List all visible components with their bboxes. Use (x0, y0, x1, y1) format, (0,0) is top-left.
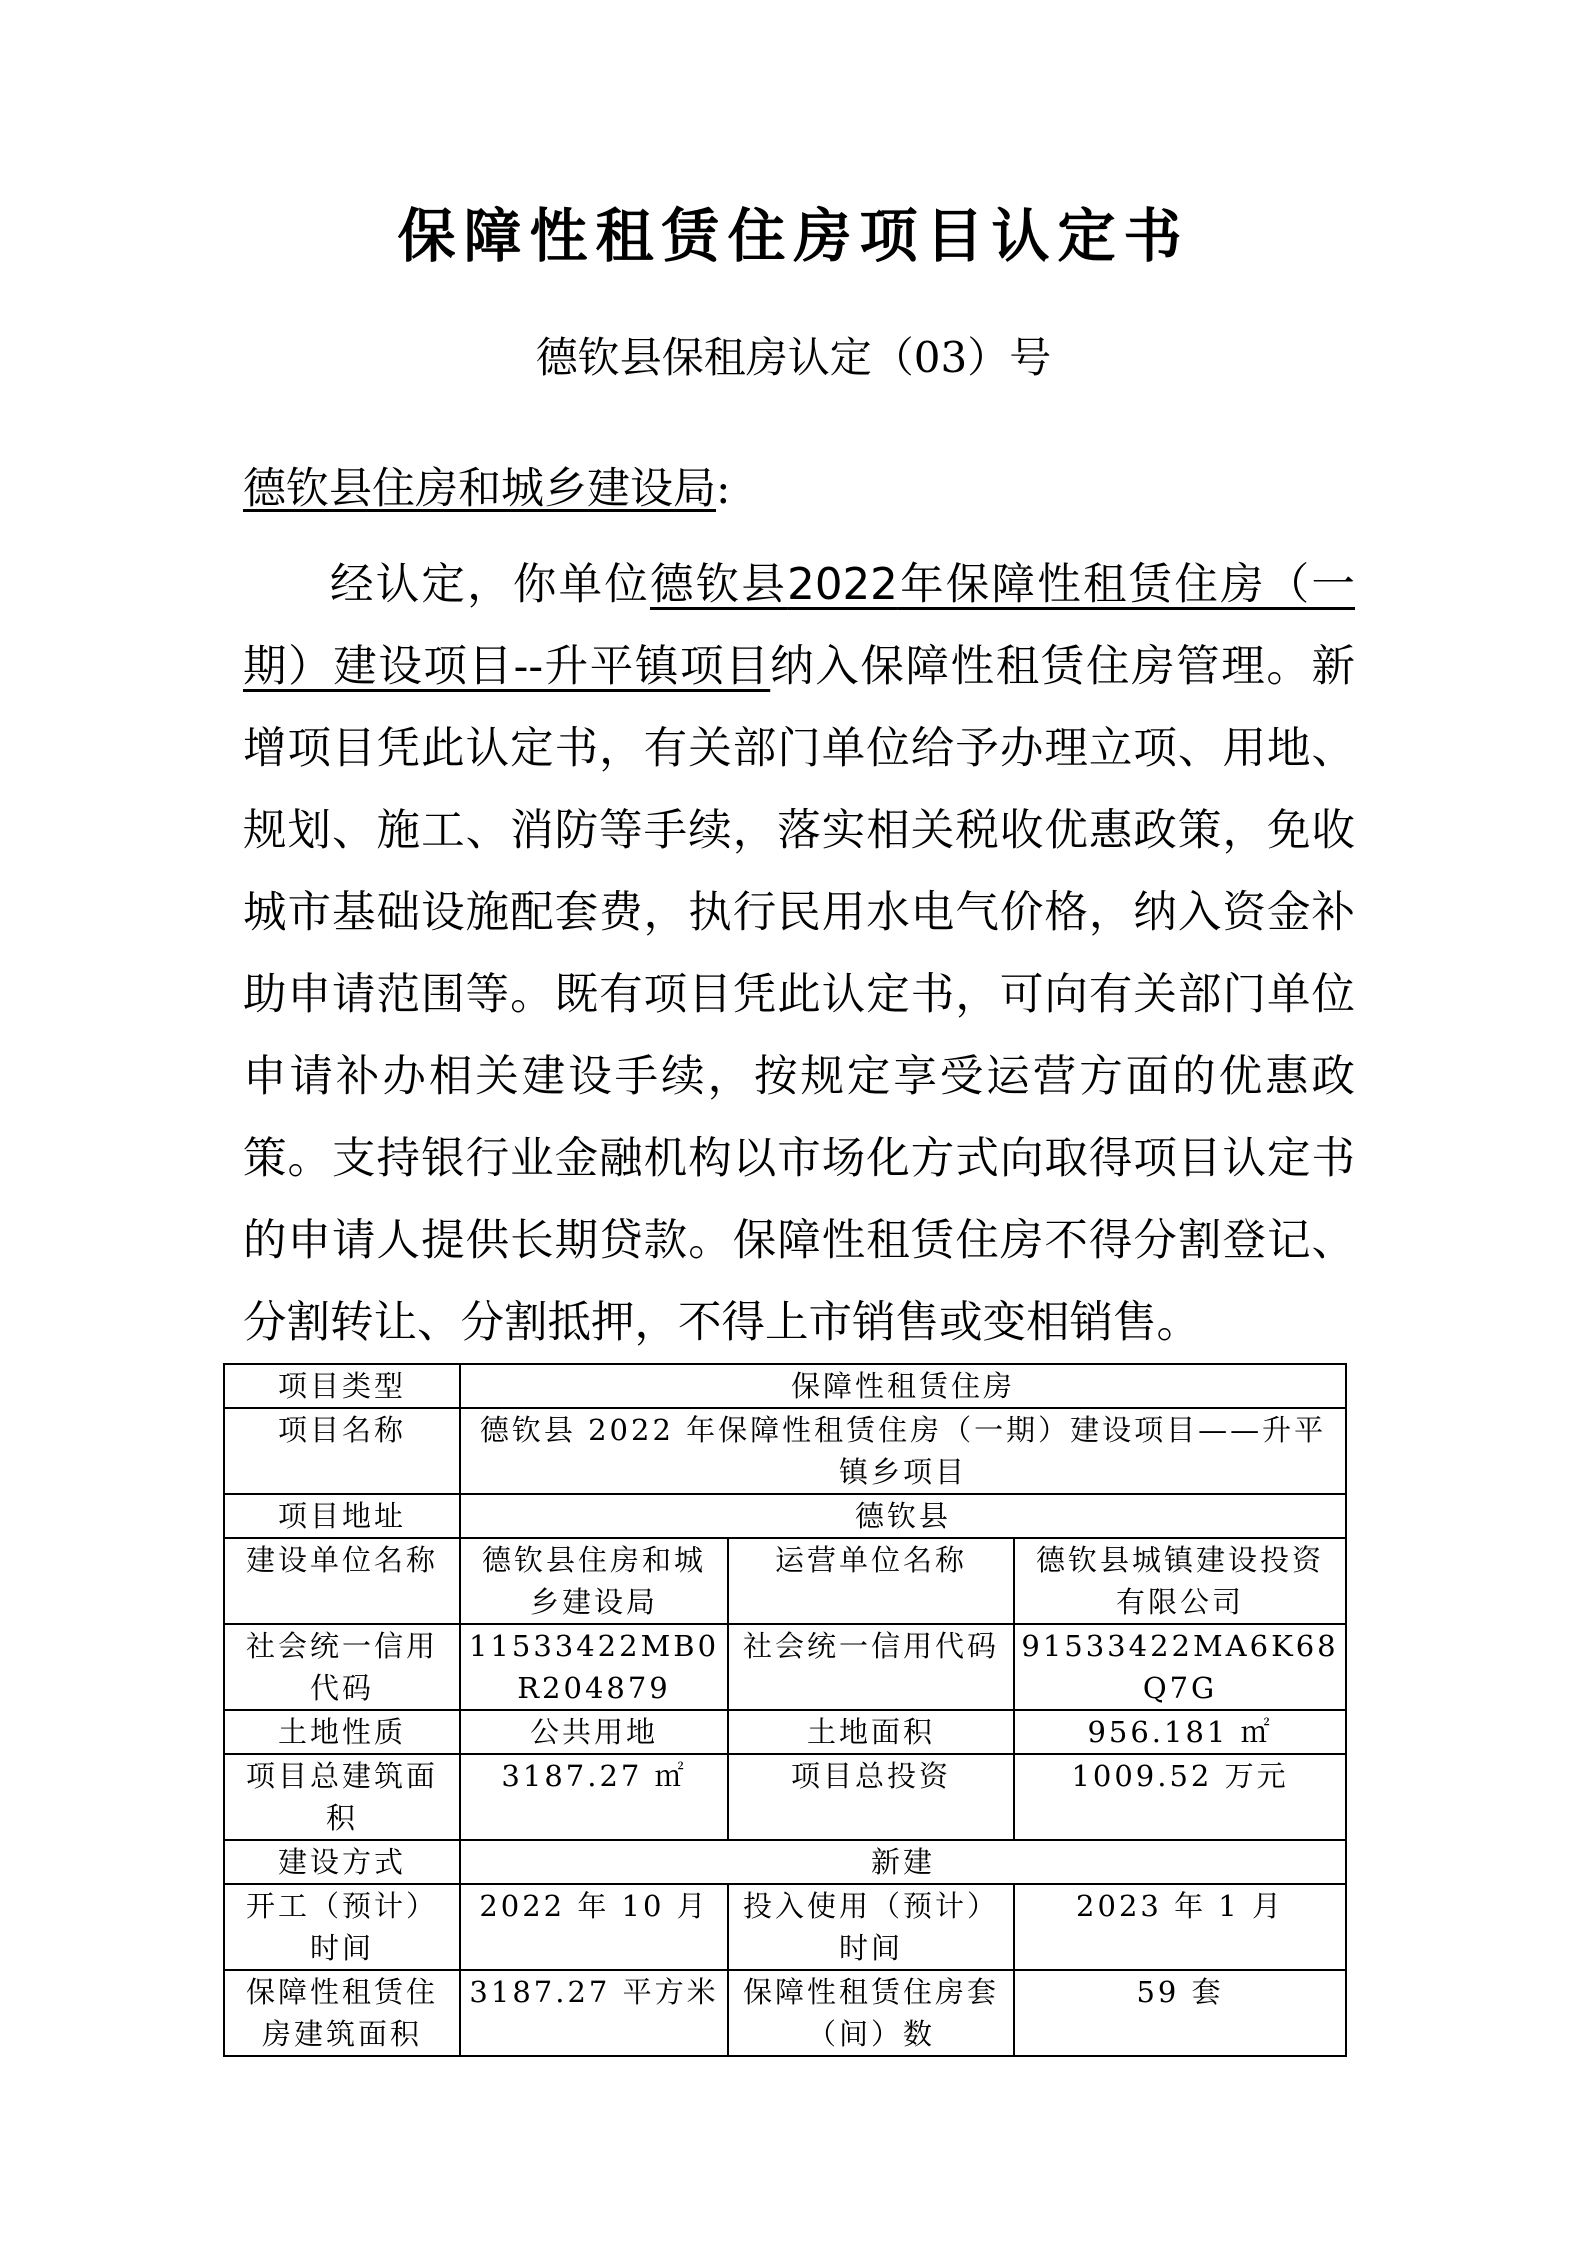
row-label-2: 运营单位名称 (728, 1538, 1014, 1624)
row-label-2: 土地面积 (728, 1710, 1014, 1754)
body-rest: 纳入保障性租赁住房管理。新增项目凭此认定书，有关部门单位给予办理立项、用地、规划… (243, 642, 1355, 1348)
row-value: 2022 年 10 月 (460, 1884, 728, 1970)
row-value-2: 2023 年 1 月 (1014, 1884, 1346, 1970)
addressee: 德钦县住房和城乡建设局: (243, 460, 731, 518)
row-label: 项目总建筑面积 (224, 1754, 460, 1840)
addressee-colon: : (716, 464, 731, 514)
project-year: 2022 (787, 560, 898, 610)
row-label: 项目名称 (224, 1408, 460, 1494)
row-value: 德钦县 2022 年保障性租赁住房（一期）建设项目——升平镇乡项目 (460, 1408, 1346, 1494)
row-label: 土地性质 (224, 1710, 460, 1754)
row-label-2: 投入使用（预计）时间 (728, 1884, 1014, 1970)
row-value: 3187.27 ㎡ (460, 1754, 728, 1840)
row-value: 德钦县 (460, 1494, 1346, 1538)
row-label: 保障性租赁住房建筑面积 (224, 1970, 460, 2056)
row-value: 3187.27 平方米 (460, 1970, 728, 2056)
row-label-2: 项目总投资 (728, 1754, 1014, 1840)
document-title: 保障性租赁住房项目认定书 (0, 198, 1587, 274)
body-paragraph: 经认定，你单位德钦县2022年保障性租赁住房（一期）建设项目--升平镇项目纳入保… (243, 544, 1355, 1364)
row-value-2: 德钦县城镇建设投资有限公司 (1014, 1538, 1346, 1624)
row-label-2: 保障性租赁住房套（间）数 (728, 1970, 1014, 2056)
table-row: 项目总建筑面积 3187.27 ㎡ 项目总投资 1009.52 万元 (224, 1754, 1346, 1840)
row-value-2: 1009.52 万元 (1014, 1754, 1346, 1840)
document-number: 德钦县保租房认定（03）号 (0, 330, 1587, 386)
table-row: 土地性质 公共用地 土地面积 956.181 ㎡ (224, 1710, 1346, 1754)
table-row: 社会统一信用代码 11533422MB0R204879 社会统一信用代码 915… (224, 1624, 1346, 1710)
row-value: 保障性租赁住房 (460, 1364, 1346, 1408)
row-value-2: 956.181 ㎡ (1014, 1710, 1346, 1754)
table-row: 项目类型 保障性租赁住房 (224, 1364, 1346, 1408)
row-label: 项目地址 (224, 1494, 460, 1538)
body-lead: 经认定，你单位 (330, 560, 650, 610)
row-value: 11533422MB0R204879 (460, 1624, 728, 1710)
table-row: 建设单位名称 德钦县住房和城乡建设局 运营单位名称 德钦县城镇建设投资有限公司 (224, 1538, 1346, 1624)
table-row: 项目名称 德钦县 2022 年保障性租赁住房（一期）建设项目——升平镇乡项目 (224, 1408, 1346, 1494)
table-row: 保障性租赁住房建筑面积 3187.27 平方米 保障性租赁住房套（间）数 59 … (224, 1970, 1346, 2056)
row-value-2: 91533422MA6K68Q7G (1014, 1624, 1346, 1710)
project-info-table: 项目类型 保障性租赁住房 项目名称 德钦县 2022 年保障性租赁住房（一期）建… (223, 1363, 1347, 2057)
table-row: 项目地址 德钦县 (224, 1494, 1346, 1538)
row-label-2: 社会统一信用代码 (728, 1624, 1014, 1710)
row-value: 德钦县住房和城乡建设局 (460, 1538, 728, 1624)
row-label: 建设方式 (224, 1840, 460, 1884)
row-label: 社会统一信用代码 (224, 1624, 460, 1710)
document-page: 保障性租赁住房项目认定书 德钦县保租房认定（03）号 德钦县住房和城乡建设局: … (0, 0, 1587, 2245)
table-row: 开工（预计）时间 2022 年 10 月 投入使用（预计）时间 2023 年 1… (224, 1884, 1346, 1970)
row-label: 开工（预计）时间 (224, 1884, 460, 1970)
row-value-2: 59 套 (1014, 1970, 1346, 2056)
row-label: 建设单位名称 (224, 1538, 460, 1624)
table-row: 建设方式 新建 (224, 1840, 1346, 1884)
row-label: 项目类型 (224, 1364, 460, 1408)
row-value: 公共用地 (460, 1710, 728, 1754)
addressee-name: 德钦县住房和城乡建设局 (243, 464, 716, 514)
row-value: 新建 (460, 1840, 1346, 1884)
